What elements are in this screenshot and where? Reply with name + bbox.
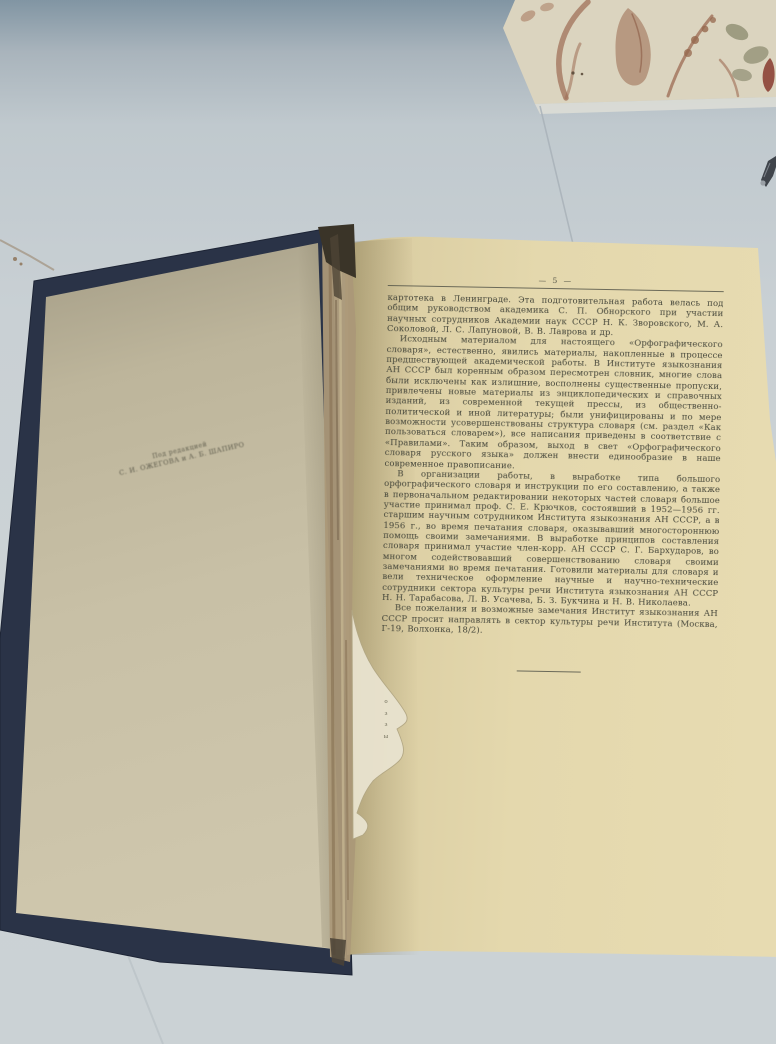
paragraph-3: В организации работы, в выработке типа б…	[382, 469, 720, 610]
wall-mark-dot	[20, 263, 23, 266]
fabric-curtain	[503, 0, 776, 114]
left-page	[16, 243, 342, 950]
paragraph-2: Исходным материалом для настоящего «Орфо…	[384, 334, 722, 475]
right-page-text: — 5 — картотека в Ленинграде. Эта подгот…	[381, 273, 724, 675]
wall-trim-line	[0, 240, 54, 270]
binding-tear-bottom	[330, 938, 346, 966]
wall-mark-dot	[13, 257, 17, 261]
paragraph-4: Все пожелания и возможные замечания Инст…	[381, 603, 718, 640]
photo-canvas: Под редакцией С. И. ОЖЕГОВА и А. Б. ШАПИ…	[0, 0, 776, 1044]
ghost-marks: о з з ы	[381, 697, 391, 743]
paragraph-1: картотека в Ленинграде. Эта подготовител…	[387, 293, 724, 341]
wall-seam-line	[540, 106, 573, 244]
metal-hook	[760, 156, 776, 187]
